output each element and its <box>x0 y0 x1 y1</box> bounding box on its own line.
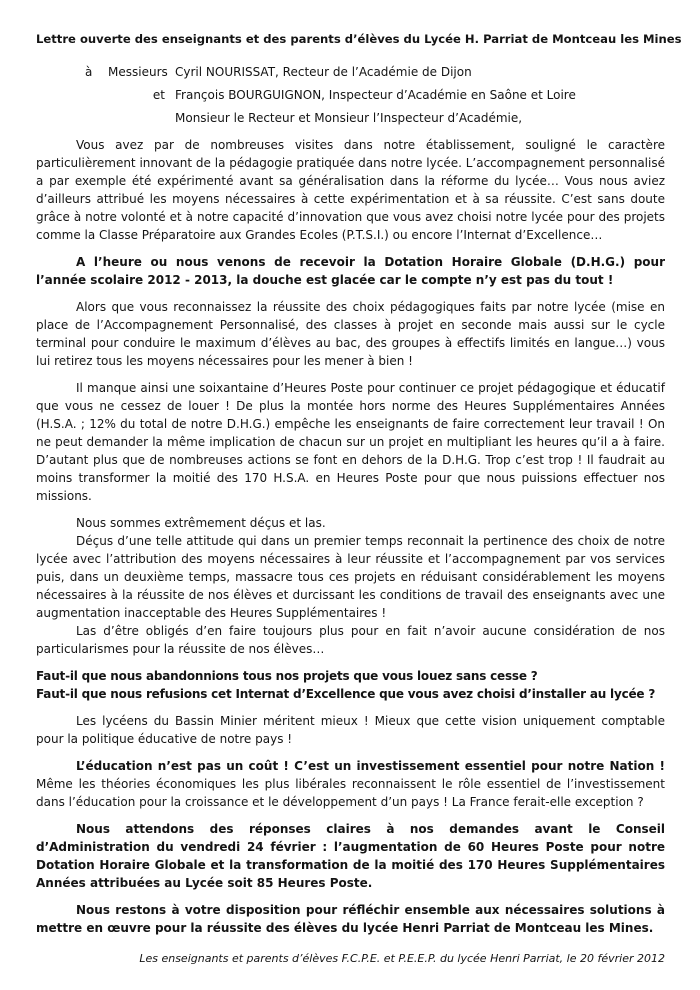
paragraph-education-bold-lead: L’éducation n’est pas un coût ! C’est un… <box>76 759 665 773</box>
paragraph-decus-attitude: Déçus d’une telle attitude qui dans un p… <box>36 532 665 622</box>
paragraph-disposition-bold: Nous restons à votre disposition pour ré… <box>36 901 665 937</box>
et-label: et <box>108 84 175 107</box>
recipient-name-1: Cyril NOURISSAT, Recteur de l’Académie d… <box>175 61 472 84</box>
question-line-2: Faut-il que nous refusions cet Internat … <box>36 685 665 703</box>
paragraph-alors-que: Alors que vous reconnaissez la réussite … <box>36 298 665 370</box>
salutation: Monsieur le Recteur et Monsieur l’Inspec… <box>175 107 665 130</box>
spacer <box>85 84 108 107</box>
question-line-1: Faut-il que nous abandonnions tous nos p… <box>36 667 665 685</box>
recipient-row-1: à Messieurs Cyril NOURISSAT, Recteur de … <box>36 61 665 84</box>
letter-title: Lettre ouverte des enseignants et des pa… <box>36 30 665 48</box>
paragraph-il-manque: Il manque ainsi une soixantaine d’Heures… <box>36 379 665 505</box>
letter-page: Lettre ouverte des enseignants et des pa… <box>0 0 700 990</box>
paragraph-lyceens: Les lycéens du Bassin Minier méritent mi… <box>36 712 665 748</box>
paragraph-intro: Vous avez par de nombreuses visites dans… <box>36 136 665 244</box>
signature-line: Les enseignants et parents d’élèves F.C.… <box>36 950 665 968</box>
messieurs-label: Messieurs <box>108 61 175 84</box>
paragraph-education-rest: Même les théories économiques les plus l… <box>36 777 665 809</box>
recipient-row-2: et François BOURGUIGNON, Inspecteur d’Ac… <box>36 84 665 107</box>
paragraph-education: L’éducation n’est pas un coût ! C’est un… <box>36 757 665 811</box>
to-label: à <box>85 61 108 84</box>
paragraph-las-obliges: Las d’être obligés d’en faire toujours p… <box>36 622 665 658</box>
paragraph-decus-las: Nous sommes extrêmement déçus et las. <box>36 514 665 532</box>
paragraph-dhg-bold: A l’heure ou nous venons de recevoir la … <box>36 253 665 289</box>
paragraph-demandes-bold: Nous attendons des réponses claires à no… <box>36 820 665 892</box>
recipient-name-2: François BOURGUIGNON, Inspecteur d’Acadé… <box>175 84 576 107</box>
recipients-block: à Messieurs Cyril NOURISSAT, Recteur de … <box>36 61 665 130</box>
